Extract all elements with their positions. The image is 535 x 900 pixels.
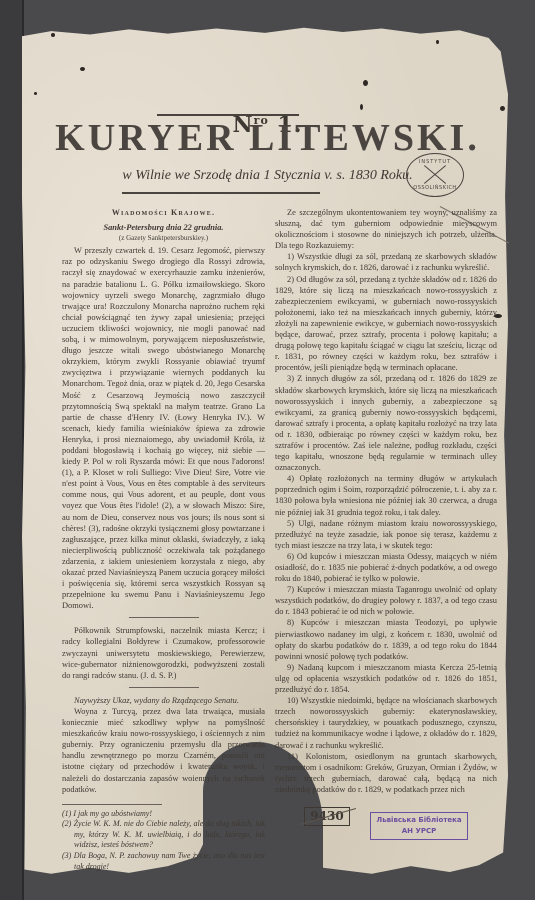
decree-item: 9) Nadaną kupcom i mieszczanom miasta Ke… xyxy=(275,662,497,695)
decree-item: 10) Wszystkie niedoimki, będące na włośc… xyxy=(275,695,497,750)
library-stamp-line2: АН УРСР xyxy=(371,826,467,837)
library-stamp: Львівська Бібліотека АН УРСР xyxy=(370,812,468,840)
decree-intro: Ze szczególnym ukontentowaniem tey woyny… xyxy=(275,207,497,251)
article-source: (z Gazety Sanktpetersburskiey.) xyxy=(62,233,265,244)
ink-spot xyxy=(51,33,55,37)
newspaper-title: KURYER LITEWSKI. xyxy=(0,116,535,160)
ink-spot xyxy=(436,40,439,44)
decree-item: 5) Ulgi, nadane różnym miastom kraiu now… xyxy=(275,518,497,551)
institute-stamp: INSTYTUT OSSOLIŃSKICH xyxy=(406,153,464,197)
footnote-divider xyxy=(62,804,162,805)
right-column: Ze szczególnym ukontentowaniem tey woyny… xyxy=(275,207,497,795)
decree-item: 2) Od długów za sól, przedaną z tychże s… xyxy=(275,274,497,374)
inventory-number-stamp: 9430 xyxy=(304,807,350,826)
ink-spot xyxy=(494,314,502,318)
ink-spot xyxy=(360,104,363,110)
decree-item: 6) Od kupców i mieszczan miasta Odessy, … xyxy=(275,551,497,584)
left-column: Wiadomości Krajowe. Sankt-Petersburg dni… xyxy=(62,207,265,872)
institute-stamp-top-text: INSTYTUT xyxy=(407,159,463,165)
ink-spot xyxy=(34,92,37,95)
library-stamp-line1: Львівська Бібліотека xyxy=(371,815,467,826)
article-body: Półkownik Strumpfowski, naczelnik miasta… xyxy=(62,625,265,680)
divider xyxy=(129,617,199,618)
ink-spot xyxy=(500,106,505,111)
decree-item: 4) Opłatę rozłożonych na terminy długów … xyxy=(275,473,497,517)
decree-item: 7) Kupców i mieszczan miasta Taganrogu u… xyxy=(275,584,497,617)
decree-item: 3) Z innych długów za sól, przedaną od r… xyxy=(275,373,497,473)
footnote: (3) Dla Boga, N. P. zachowuy nam Twe życ… xyxy=(62,851,265,872)
decree-item: 8) Kupców i mieszczan miasta Teodozyi, p… xyxy=(275,617,497,661)
institute-stamp-bottom-text: OSSOLIŃSKICH xyxy=(407,185,463,191)
article-body: W przeszły czwartek d. 19. Cesarz Jegomo… xyxy=(62,245,265,611)
section-heading: Wiadomości Krajowe. xyxy=(62,207,265,218)
article-body: Woyna z Turcyą, przez dwa lata trwaiąca,… xyxy=(62,706,265,795)
footnote: (2) Życie W. K. M. nie do Ciebie należy,… xyxy=(62,819,265,851)
decree-item: 1) Wszystkie długi za sól, przedaną ze s… xyxy=(275,251,497,273)
article-heading: Naywyższy Ukaz, wydany do Rządzącego Sen… xyxy=(62,695,265,706)
title-rule-bottom xyxy=(122,192,320,194)
decree-item: 11) Kolonistom, osiedlonym na gruntach s… xyxy=(275,751,497,795)
ink-spot xyxy=(80,67,85,71)
article-dateline: Sankt-Petersburg dnia 22 grudnia. xyxy=(62,222,265,233)
divider xyxy=(129,687,199,688)
footnotes: (1) I jak my go ubóstwiamy! (2) Życie W.… xyxy=(62,809,265,873)
ink-spot xyxy=(363,80,368,86)
footnote: (1) I jak my go ubóstwiamy! xyxy=(62,809,265,820)
